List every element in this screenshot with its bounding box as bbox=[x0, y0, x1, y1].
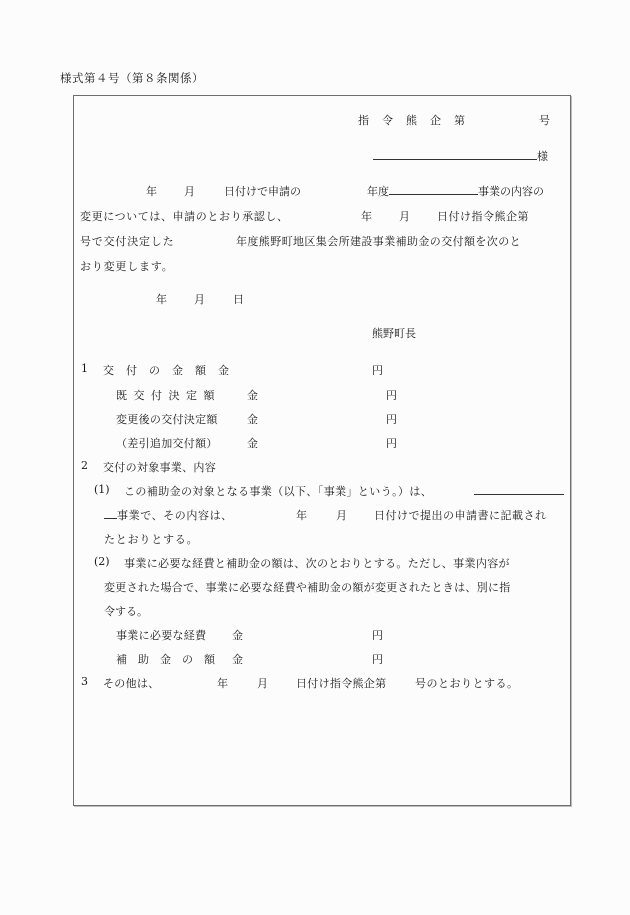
item1-line2-end: 日付けで提出の申請書に記載され bbox=[374, 507, 547, 523]
item1-line1: この補助金の対象となる事業（以下、「事業」という。）は、 bbox=[124, 483, 432, 499]
form-label: 様式第４号（第８条関係） bbox=[60, 70, 204, 86]
intro-line1-end: 事業の内容の bbox=[478, 185, 544, 198]
project-cost-yen: 円 bbox=[372, 627, 383, 643]
revised-decided-yen: 円 bbox=[386, 411, 397, 427]
already-decided-label: 既 交 付 決 定 額 bbox=[116, 387, 216, 403]
item2-number: (2) bbox=[94, 555, 110, 568]
difference-label: （差引追加交付額） bbox=[116, 435, 218, 451]
order-number-prefix: 指 令 熊 企 第 bbox=[358, 112, 466, 128]
section3-year: 年 bbox=[217, 675, 228, 691]
item1-project-field-a[interactable] bbox=[474, 483, 564, 498]
item1-line2-start: 事業で、その内容は、 bbox=[117, 509, 233, 522]
intro-line4: おり変更します。 bbox=[80, 258, 174, 274]
section3-text-mid: 日付け指令熊企第 bbox=[296, 675, 386, 691]
issuer: 熊野町長 bbox=[372, 325, 416, 341]
item1-month: 月 bbox=[336, 507, 347, 523]
difference-kin: 金 bbox=[247, 435, 258, 451]
section3-text-start: その他は、 bbox=[103, 675, 160, 691]
already-decided-kin: 金 bbox=[247, 387, 258, 403]
revised-decided-kin: 金 bbox=[247, 411, 258, 427]
intro-line2-end: 日付け指令熊企第 bbox=[437, 208, 529, 224]
subsidy-amount-yen: 円 bbox=[372, 651, 383, 667]
section1-title: 交 付 の 金 額 金 bbox=[103, 362, 230, 378]
item1-number: (1) bbox=[94, 483, 110, 496]
intro-year-1: 年 bbox=[146, 183, 157, 199]
revised-decided-label: 変更後の交付決定額 bbox=[116, 411, 218, 427]
already-decided-yen: 円 bbox=[386, 387, 397, 403]
section1-number: 1 bbox=[81, 362, 88, 375]
item2-line3: 令する。 bbox=[104, 603, 148, 619]
addressee-field[interactable] bbox=[373, 148, 537, 160]
intro-line2-text: 変更については、申請のとおり承認し、 bbox=[80, 208, 289, 224]
date-month: 月 bbox=[194, 291, 205, 307]
intro-line1-text: 日付けで申請の bbox=[224, 183, 301, 199]
section2-number: 2 bbox=[81, 459, 88, 472]
intro-line3-end: 年度熊野町地区集会所建設事業補助金の交付額を次のと bbox=[236, 233, 521, 249]
intro-line3-start: 号で交付決定した bbox=[80, 233, 174, 249]
item1-project-field-b[interactable] bbox=[104, 507, 117, 519]
item1-year: 年 bbox=[296, 507, 307, 523]
item1-line2-start-wrap: 事業で、その内容は、 bbox=[104, 507, 233, 523]
date-day: 日 bbox=[233, 291, 244, 307]
intro-month-2: 月 bbox=[399, 208, 410, 224]
date-year: 年 bbox=[156, 291, 167, 307]
subsidy-amount-label: 補 助 金 の 額 bbox=[116, 651, 215, 667]
section3-number: 3 bbox=[81, 675, 88, 688]
section3-text-end: 号のとおりとする。 bbox=[415, 675, 519, 691]
section3-month: 月 bbox=[257, 675, 268, 691]
section1-yen: 円 bbox=[372, 362, 383, 378]
difference-yen: 円 bbox=[386, 435, 397, 451]
order-number-suffix: 号 bbox=[539, 112, 550, 128]
intro-line1-fiscal: 年度事業の内容の bbox=[367, 183, 544, 199]
item2-line2: 変更された場合で、事業に必要な経費や補助金の額が変更されたときは、別に指 bbox=[104, 579, 511, 595]
intro-year-2: 年 bbox=[361, 208, 372, 224]
intro-fiscal-label: 年度 bbox=[367, 185, 389, 198]
intro-month-1: 月 bbox=[184, 183, 195, 199]
addressee-line[interactable]: 様 bbox=[373, 148, 548, 164]
section2-title: 交付の対象事業、内容 bbox=[103, 459, 216, 475]
project-cost-kin: 金 bbox=[232, 627, 243, 643]
subsidy-amount-kin: 金 bbox=[232, 651, 243, 667]
addressee-suffix: 様 bbox=[537, 150, 548, 163]
item1-line3: たとおりとする。 bbox=[104, 531, 198, 547]
item2-line1: 事業に必要な経費と補助金の額は、次のとおりとする。ただし、事業内容が bbox=[124, 555, 510, 571]
project-name-field[interactable] bbox=[389, 183, 478, 195]
project-cost-label: 事業に必要な経費 bbox=[116, 627, 206, 643]
